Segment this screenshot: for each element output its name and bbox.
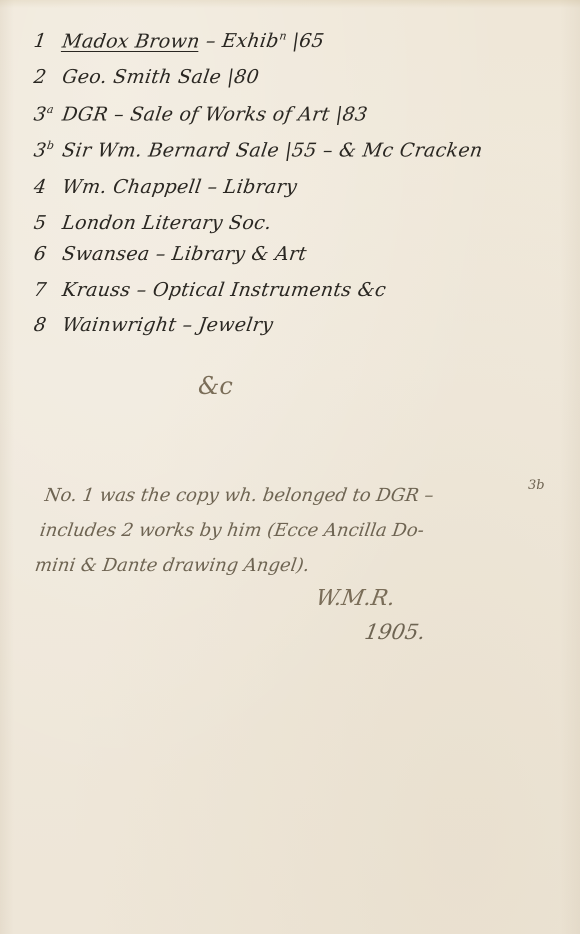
- list-item-4: 4 Wm. Chappell – Library: [32, 176, 298, 198]
- note-paragraph: No. 1 was the copy wh. belonged to DGR –…: [33, 478, 568, 583]
- item-number: 1: [32, 30, 57, 52]
- list-item-6: 6 Swansea – Library & Art: [32, 243, 308, 265]
- item-text-rest: – Exhibn |65: [198, 30, 325, 52]
- manuscript-page: 1 Madox Brown – Exhibn |65 2 Geo. Smith …: [0, 0, 580, 934]
- note-line-2: includes 2 works by him (Ecce Ancilla Do…: [38, 513, 563, 548]
- etcetera-mark: &c: [198, 372, 233, 400]
- item-text: Swansea – Library & Art: [61, 243, 308, 265]
- item-text: Krauss – Optical Instruments &c: [61, 279, 388, 301]
- list-item-2: 2 Geo. Smith Sale |80: [32, 66, 260, 88]
- list-item-3b: 3b Sir Wm. Bernard Sale |55 – & Mc Crack…: [32, 139, 484, 161]
- item-number: 4: [32, 176, 57, 198]
- list-item-8: 8 Wainwright – Jewelry: [32, 314, 274, 336]
- note-line-3: mini & Dante drawing Angel).: [33, 548, 558, 583]
- list-item-1: 1 Madox Brown – Exhibn |65: [32, 30, 325, 52]
- item-text: Sir Wm. Bernard Sale |55 – & Mc Cracken: [61, 139, 484, 161]
- item-number: 7: [32, 279, 57, 301]
- margin-reference: 3b: [528, 478, 545, 493]
- signature-year: 1905.: [363, 620, 427, 644]
- item-text: Geo. Smith Sale |80: [61, 66, 261, 88]
- list-item-3a: 3a DGR – Sale of Works of Art |83: [32, 103, 369, 125]
- note-line-1: No. 1 was the copy wh. belonged to DGR –: [42, 478, 567, 513]
- item-number: 6: [32, 243, 57, 265]
- item-number: 3a: [32, 103, 57, 125]
- list-item-7: 7 Krauss – Optical Instruments &c: [32, 279, 387, 301]
- item-number: 3b: [32, 139, 57, 161]
- list-item-5: 5 London Literary Soc.: [32, 212, 273, 234]
- item-text: Madox Brown: [61, 30, 202, 52]
- item-text: DGR – Sale of Works of Art |83: [61, 103, 369, 125]
- signature-initials: W.M.R.: [314, 586, 397, 611]
- item-number: 8: [32, 314, 57, 336]
- item-number: 2: [32, 66, 57, 88]
- item-number: 5: [32, 212, 57, 234]
- item-text: Wm. Chappell – Library: [61, 176, 299, 198]
- item-text: London Literary Soc.: [61, 212, 273, 234]
- item-text: Wainwright – Jewelry: [61, 314, 275, 336]
